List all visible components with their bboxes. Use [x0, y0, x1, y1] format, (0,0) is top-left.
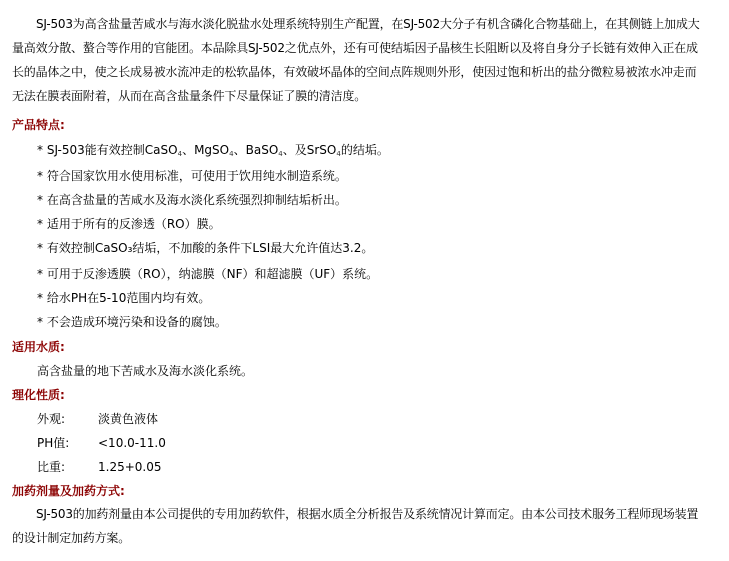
bullet-marker: * — [37, 217, 43, 231]
compound-caso4: CaSO4、 — [145, 143, 194, 157]
dosage-heading: 加药剂量及加药方式: — [12, 481, 125, 501]
property-value-appearance: 淡黄色液体 — [98, 409, 158, 429]
feature-item-scale-control: * SJ-503能有效控制CaSO4、MgSO4、BaSO4、及SrSO4的结垢… — [37, 140, 389, 160]
bullet-marker: * — [37, 169, 43, 183]
feature-item: * 不会造成环境污染和设备的腐蚀。 — [37, 312, 227, 332]
feature-item: * 在高含盐量的苦咸水及海水淡化系统强烈抑制结垢析出。 — [37, 190, 347, 210]
intro-paragraph: SJ-503为高含盐量苦咸水与海水淡化脱盐水处理系统特别生产配置，在SJ-502… — [12, 12, 708, 108]
property-label-specific-gravity: 比重: — [37, 457, 65, 477]
feature-item: * 适用于所有的反渗透（RO）膜。 — [37, 214, 221, 234]
bullet-marker: * — [37, 315, 43, 329]
feature-item: * 符合国家饮用水使用标准，可使用于饮用纯水制造系统。 — [37, 166, 347, 186]
dosage-paragraph: SJ-503的加药剂量由本公司提供的专用加药软件，根据水质全分析报告及系统情况计… — [12, 502, 708, 550]
bullet-marker: * — [37, 143, 43, 157]
product-document: SJ-503为高含盐量苦咸水与海水淡化脱盐水处理系统特别生产配置，在SJ-502… — [0, 0, 729, 561]
bullet-marker: * — [37, 267, 43, 281]
compound-srso4: SrSO4 — [307, 143, 341, 157]
feature-suffix: 的结垢。 — [341, 143, 389, 157]
features-heading: 产品特点: — [12, 115, 65, 135]
compound-mgso4: MgSO4、 — [194, 143, 246, 157]
property-label-ph: PH值: — [37, 433, 69, 453]
bullet-marker: * — [37, 193, 43, 207]
feature-prefix: SJ-503能有效控制 — [47, 143, 145, 157]
properties-heading: 理化性质: — [12, 385, 65, 405]
bullet-marker: * — [37, 241, 43, 255]
feature-item: * 有效控制CaSO₃结垢，不加酸的条件下LSI最大允许值达3.2。 — [37, 238, 373, 258]
feature-item: * 给水PH在5-10范围内均有效。 — [37, 288, 210, 308]
feature-item: * 可用于反渗透膜（RO），纳滤膜（NF）和超滤膜（UF）系统。 — [37, 264, 378, 284]
compound-baso4: BaSO4、及 — [246, 143, 307, 157]
property-label-appearance: 外观: — [37, 409, 65, 429]
applicable-water-heading: 适用水质: — [12, 337, 65, 357]
bullet-marker: * — [37, 291, 43, 305]
applicable-water-text: 高含盐量的地下苦咸水及海水淡化系统。 — [37, 361, 253, 381]
property-value-ph: <10.0-11.0 — [98, 433, 166, 453]
property-value-specific-gravity: 1.25+0.05 — [98, 457, 162, 477]
